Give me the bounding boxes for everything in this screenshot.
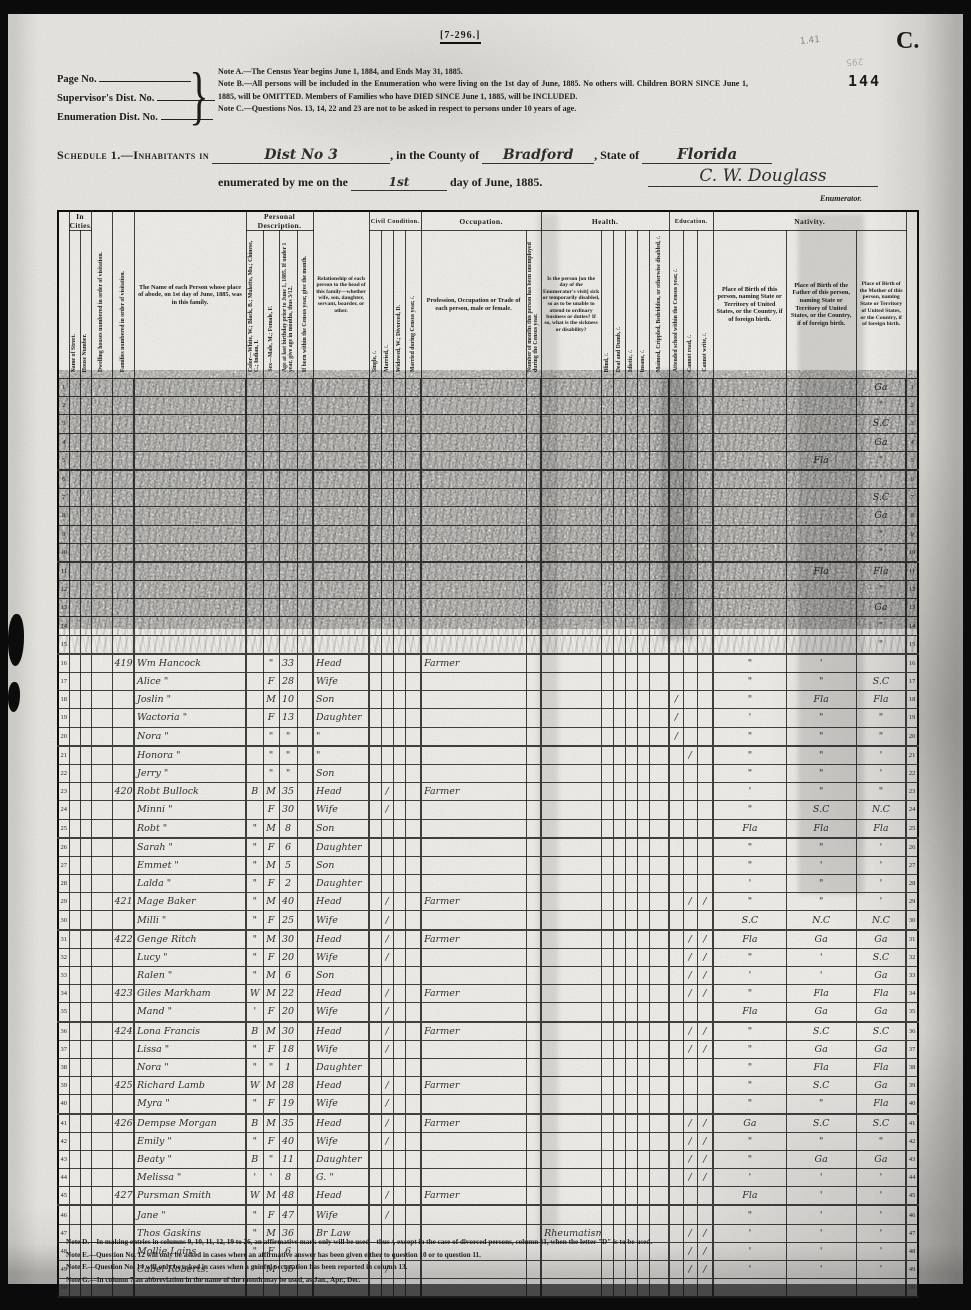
cell-c (246, 673, 263, 691)
cell-c: " (246, 948, 263, 966)
cell-a (279, 507, 297, 525)
schedule-prefix: Schedule 1.—Inhabitants in (57, 148, 209, 162)
cell-nb: " (713, 856, 786, 874)
cell-name: Richard Lamb (134, 1077, 246, 1095)
cell-er (683, 525, 697, 543)
cell-mc (649, 1187, 669, 1206)
cell-er: / (683, 746, 697, 765)
cell-cw (393, 709, 405, 727)
cell-bm (297, 1169, 313, 1187)
schedule-mid: , in the County of (390, 148, 479, 162)
cell-df (613, 1003, 625, 1022)
cell-house (80, 856, 91, 874)
cell-mc (649, 433, 669, 451)
cell-nf: " (786, 673, 856, 691)
cell-bl (601, 654, 613, 673)
cell-nb: " (713, 838, 786, 857)
table-row: 30Milli ""F25Wife/S.CN.CN.C30 (58, 911, 918, 930)
cell-mc (649, 470, 669, 489)
cell-df (613, 525, 625, 543)
civil-condition-group: Civil Condition. (369, 211, 421, 231)
scanned-census-page: { "page": { "form_code": "[7-296.]", "co… (0, 0, 971, 1310)
cell-bl (601, 433, 613, 451)
cell-nb (713, 581, 786, 599)
cell-cm: / (381, 801, 393, 819)
cell-house (80, 470, 91, 489)
cell-n: 35 (58, 1003, 69, 1022)
cell-es (669, 433, 683, 451)
cell-cw (393, 838, 405, 857)
cell-er (683, 599, 697, 617)
ink-blot-2 (8, 682, 20, 712)
cell-er: / (683, 948, 697, 966)
cell-nb: ' (713, 783, 786, 801)
cell-cm: / (381, 1114, 393, 1133)
cell-nm: Fla (856, 562, 906, 581)
cell-rel: Wife (313, 1040, 369, 1058)
cell-cm: / (381, 1095, 393, 1114)
cell-a: 8 (279, 1169, 297, 1187)
cell-bm (297, 893, 313, 911)
cell-df (613, 967, 625, 985)
cell-cm (381, 819, 393, 838)
cell-nf: " (786, 1095, 856, 1114)
cell-occ (421, 617, 526, 635)
cell-nf: S.C (786, 1114, 856, 1133)
cell-cw (393, 1150, 405, 1168)
cell-ins (637, 801, 649, 819)
cell-df (613, 1132, 625, 1150)
cell-es (669, 525, 683, 543)
cell-n: 12 (906, 581, 918, 599)
cell-fam (112, 433, 134, 451)
cell-nf: ' (786, 654, 856, 673)
cell-cs (369, 1095, 381, 1114)
cell-street (69, 727, 80, 746)
cell-nb: " (713, 673, 786, 691)
cell-cm: / (381, 1205, 393, 1224)
cell-id (625, 727, 637, 746)
cell-df (613, 985, 625, 1003)
cell-id (625, 893, 637, 911)
cell-bl (601, 967, 613, 985)
cell-house (80, 635, 91, 654)
cell-name: Lissa " (134, 1040, 246, 1058)
cell-cw (393, 746, 405, 765)
cell-cm (381, 746, 393, 765)
cell-nm: Ga (856, 379, 906, 397)
cell-bl (601, 856, 613, 874)
cell-un (526, 819, 541, 838)
cell-n: 18 (58, 691, 69, 709)
cell-c (246, 599, 263, 617)
cell-name: Melissa " (134, 1169, 246, 1187)
cell-df (613, 875, 625, 893)
cell-name (134, 617, 246, 635)
cell-occ (421, 819, 526, 838)
cell-bl (601, 985, 613, 1003)
cell-nb: " (713, 948, 786, 966)
cell-ew (697, 433, 713, 451)
cell-es (669, 379, 683, 397)
cell-er (683, 764, 697, 782)
faint-pencil-mark-2: 295 (846, 55, 864, 66)
table-row: 23420Robt BullockBM35Head/Farmer'""23 (58, 783, 918, 801)
cell-s: " (263, 764, 279, 782)
cell-cy (405, 985, 421, 1003)
cell-a: 48 (279, 1187, 297, 1206)
cell-cm: / (381, 985, 393, 1003)
cell-nm: ' (856, 838, 906, 857)
cell-sick (541, 801, 601, 819)
cell-ins (637, 1169, 649, 1187)
cell-sick (541, 673, 601, 691)
cell-street (69, 1058, 80, 1076)
cell-n: 3 (58, 415, 69, 433)
cell-occ (421, 507, 526, 525)
cell-fam (112, 1205, 134, 1224)
cell-id (625, 838, 637, 857)
cell-cy (405, 470, 421, 489)
cell-sick (541, 451, 601, 470)
cell-df (613, 415, 625, 433)
cell-ins (637, 433, 649, 451)
cell-mc (649, 379, 669, 397)
cell-s: M (263, 1187, 279, 1206)
cell-df (613, 930, 625, 949)
cell-nb: " (713, 801, 786, 819)
cell-nf: Fla (786, 985, 856, 1003)
cell-cy (405, 727, 421, 746)
cell-name: Jane " (134, 1205, 246, 1224)
cell-fam (112, 1132, 134, 1150)
cell-c (246, 764, 263, 782)
cell-ew: / (697, 1150, 713, 1168)
note-b: Note B.—All persons will be included in … (218, 78, 748, 103)
cell-cw (393, 967, 405, 985)
cell-ew (697, 911, 713, 930)
cell-house (80, 893, 91, 911)
cell-cs (369, 562, 381, 581)
cell-er (683, 838, 697, 857)
cell-mc (649, 1058, 669, 1076)
cell-df (613, 783, 625, 801)
cell-n: 25 (58, 819, 69, 838)
cell-rel: Head (313, 985, 369, 1003)
cell-ins (637, 525, 649, 543)
cell-cy (405, 1058, 421, 1076)
cell-a: 6 (279, 967, 297, 985)
cell-cy (405, 1187, 421, 1206)
cell-s: M (263, 856, 279, 874)
cell-nm: S.C (856, 948, 906, 966)
table-row: 25Robt ""M8SonFlaFlaFla25 (58, 819, 918, 838)
enumerator-caption: Enumerator. (820, 194, 862, 203)
cell-er: / (683, 1114, 697, 1133)
cell-cm: / (381, 1003, 393, 1022)
cell-name: Nora " (134, 1058, 246, 1076)
cell-sick (541, 617, 601, 635)
cell-cs (369, 967, 381, 985)
cell-ins (637, 397, 649, 415)
cell-rel: Head (313, 893, 369, 911)
cell-nb (713, 433, 786, 451)
cell-id (625, 911, 637, 930)
cell-rel: Wife (313, 1205, 369, 1224)
cell-s (263, 635, 279, 654)
cell-df (613, 617, 625, 635)
cell-house (80, 599, 91, 617)
cell-es (669, 856, 683, 874)
cell-nb: " (713, 691, 786, 709)
cell-bl (601, 562, 613, 581)
cell-nb: " (713, 1040, 786, 1058)
cell-n: 29 (906, 893, 918, 911)
cell-a: 10 (279, 691, 297, 709)
cell-name: Beaty " (134, 1150, 246, 1168)
cell-es (669, 654, 683, 673)
cell-dw (91, 1095, 112, 1114)
cell-sick (541, 525, 601, 543)
cell-dw (91, 1132, 112, 1150)
cell-rel: Son (313, 764, 369, 782)
cell-name: Mage Baker (134, 893, 246, 911)
cell-id (625, 1077, 637, 1095)
cell-cw (393, 1205, 405, 1224)
cell-sick (541, 948, 601, 966)
cell-dw (91, 1150, 112, 1168)
cell-nf: Fla (786, 451, 856, 470)
cell-sick (541, 599, 601, 617)
table-row: 4Ga4 (58, 433, 918, 451)
cell-c (246, 617, 263, 635)
cell-cm: / (381, 1022, 393, 1041)
cell-cy (405, 709, 421, 727)
cell-cw (393, 415, 405, 433)
cell-id (625, 801, 637, 819)
cell-nm: Fla (856, 1058, 906, 1076)
cell-bl (601, 1003, 613, 1022)
cell-cw (393, 819, 405, 838)
cell-cm: / (381, 911, 393, 930)
cell-nb (713, 397, 786, 415)
cell-cw (393, 783, 405, 801)
cell-street (69, 525, 80, 543)
cell-es (669, 1132, 683, 1150)
cell-ew: / (697, 1040, 713, 1058)
cell-bl (601, 930, 613, 949)
cell-df (613, 581, 625, 599)
cell-un (526, 948, 541, 966)
color-col: Color—White, W.; Black, B.; Mulatto, Mu.… (246, 231, 263, 379)
cell-cm (381, 1169, 393, 1187)
cell-street (69, 654, 80, 673)
cell-bl (601, 1077, 613, 1095)
cell-cy (405, 783, 421, 801)
cell-dw (91, 543, 112, 562)
cell-mc (649, 1077, 669, 1095)
cell-cy (405, 507, 421, 525)
table-row: 24Minni "F30Wife/"S.CN.C24 (58, 801, 918, 819)
cell-a (279, 470, 297, 489)
cell-s: F (263, 1132, 279, 1150)
table-row: 26Sarah ""F6Daughter""'26 (58, 838, 918, 857)
cell-c: " (246, 1205, 263, 1224)
cell-name: Mand " (134, 1003, 246, 1022)
cell-un (526, 1150, 541, 1168)
cell-cy (405, 617, 421, 635)
cell-fam (112, 875, 134, 893)
cell-occ (421, 967, 526, 985)
cell-house (80, 654, 91, 673)
cell-c: B (246, 1114, 263, 1133)
cell-cs (369, 581, 381, 599)
cell-es (669, 1187, 683, 1206)
cell-id (625, 673, 637, 691)
cell-mc (649, 562, 669, 581)
cell-ins (637, 581, 649, 599)
cell-dw (91, 599, 112, 617)
cell-c (246, 525, 263, 543)
cell-nf: " (786, 746, 856, 765)
cell-mc (649, 543, 669, 562)
cell-rel: Wife (313, 1003, 369, 1022)
cell-df (613, 1205, 625, 1224)
cell-a: 8 (279, 819, 297, 838)
cell-cs (369, 746, 381, 765)
cell-ins (637, 783, 649, 801)
cell-cw (393, 691, 405, 709)
cell-mc (649, 525, 669, 543)
note-a: Note A.—The Census Year begins June 1, 1… (218, 66, 748, 78)
cell-df (613, 397, 625, 415)
table-body: 1Ga12"23S.C34Ga45Fla"56'67S.C78Ga89"910"… (58, 379, 918, 1298)
cell-cm: / (381, 893, 393, 911)
cell-er (683, 654, 697, 673)
cell-df (613, 562, 625, 581)
cell-fam (112, 562, 134, 581)
cannot-write-col: Cannot write, /. (697, 231, 713, 379)
cell-n: 22 (906, 764, 918, 782)
idiotic-col: Idiotic, /. (625, 231, 637, 379)
cell-a: 11 (279, 1150, 297, 1168)
cell-un (526, 1114, 541, 1133)
cell-un (526, 911, 541, 930)
cell-cm: / (381, 1187, 393, 1206)
cell-nf: ' (786, 856, 856, 874)
cell-name: Jerry " (134, 764, 246, 782)
cell-occ: Farmer (421, 893, 526, 911)
cell-cy (405, 1169, 421, 1187)
street-col: Name of Street. (69, 231, 80, 379)
cell-occ (421, 1058, 526, 1076)
cell-rel: Head (313, 1114, 369, 1133)
cell-mc (649, 617, 669, 635)
cell-n: 20 (58, 727, 69, 746)
cell-street (69, 562, 80, 581)
cell-bm (297, 930, 313, 949)
cell-cw (393, 930, 405, 949)
cell-s: " (263, 1150, 279, 1168)
cell-nf (786, 489, 856, 507)
cell-fam (112, 709, 134, 727)
cell-nm: Fla (856, 1095, 906, 1114)
cell-id (625, 562, 637, 581)
cell-a (279, 415, 297, 433)
cell-nm: ' (856, 875, 906, 893)
cell-street (69, 819, 80, 838)
cell-house (80, 1022, 91, 1041)
cell-rel: G. " (313, 1169, 369, 1187)
table-row: 28Lalda ""F2Daughter'"'28 (58, 875, 918, 893)
cell-cy (405, 746, 421, 765)
cell-cw (393, 801, 405, 819)
cell-n: 28 (58, 875, 69, 893)
cell-sick (541, 1187, 601, 1206)
cell-es (669, 1022, 683, 1041)
cell-mc (649, 397, 669, 415)
cell-nf (786, 599, 856, 617)
cell-name: Emmet " (134, 856, 246, 874)
cell-ew (697, 801, 713, 819)
cell-name: Sarah " (134, 838, 246, 857)
cell-un (526, 801, 541, 819)
cell-n: 34 (906, 985, 918, 1003)
cell-ins (637, 746, 649, 765)
cell-c (246, 507, 263, 525)
cell-fam (112, 1150, 134, 1168)
cell-sick (541, 1150, 601, 1168)
cell-nb: ' (713, 1169, 786, 1187)
cell-ew (697, 727, 713, 746)
cell-sick (541, 543, 601, 562)
cell-dw (91, 911, 112, 930)
cell-occ (421, 581, 526, 599)
cell-sick (541, 1205, 601, 1224)
cell-sick (541, 397, 601, 415)
cell-occ (421, 1205, 526, 1224)
cell-name (134, 379, 246, 397)
cell-sick (541, 727, 601, 746)
cell-fam (112, 856, 134, 874)
cell-a (279, 489, 297, 507)
cell-un (526, 397, 541, 415)
cell-bm (297, 911, 313, 930)
cell-bm (297, 1022, 313, 1041)
cell-mc (649, 1114, 669, 1133)
cell-nf: " (786, 1132, 856, 1150)
cell-nb: Ga (713, 1114, 786, 1133)
cell-occ (421, 635, 526, 654)
cell-bl (601, 489, 613, 507)
cell-cw (393, 525, 405, 543)
cell-dw (91, 1187, 112, 1206)
cell-es (669, 1040, 683, 1058)
cell-street (69, 1040, 80, 1058)
cell-cs (369, 379, 381, 397)
cell-a: 28 (279, 1077, 297, 1095)
cell-cm: / (381, 1040, 393, 1058)
cell-id (625, 581, 637, 599)
cell-er: / (683, 893, 697, 911)
profession-col: Profession, Occupation or Trade of each … (421, 231, 526, 379)
cell-bm (297, 525, 313, 543)
cell-nm: " (856, 543, 906, 562)
cell-ew (697, 1187, 713, 1206)
cell-name (134, 635, 246, 654)
cell-street (69, 451, 80, 470)
cell-street (69, 764, 80, 782)
